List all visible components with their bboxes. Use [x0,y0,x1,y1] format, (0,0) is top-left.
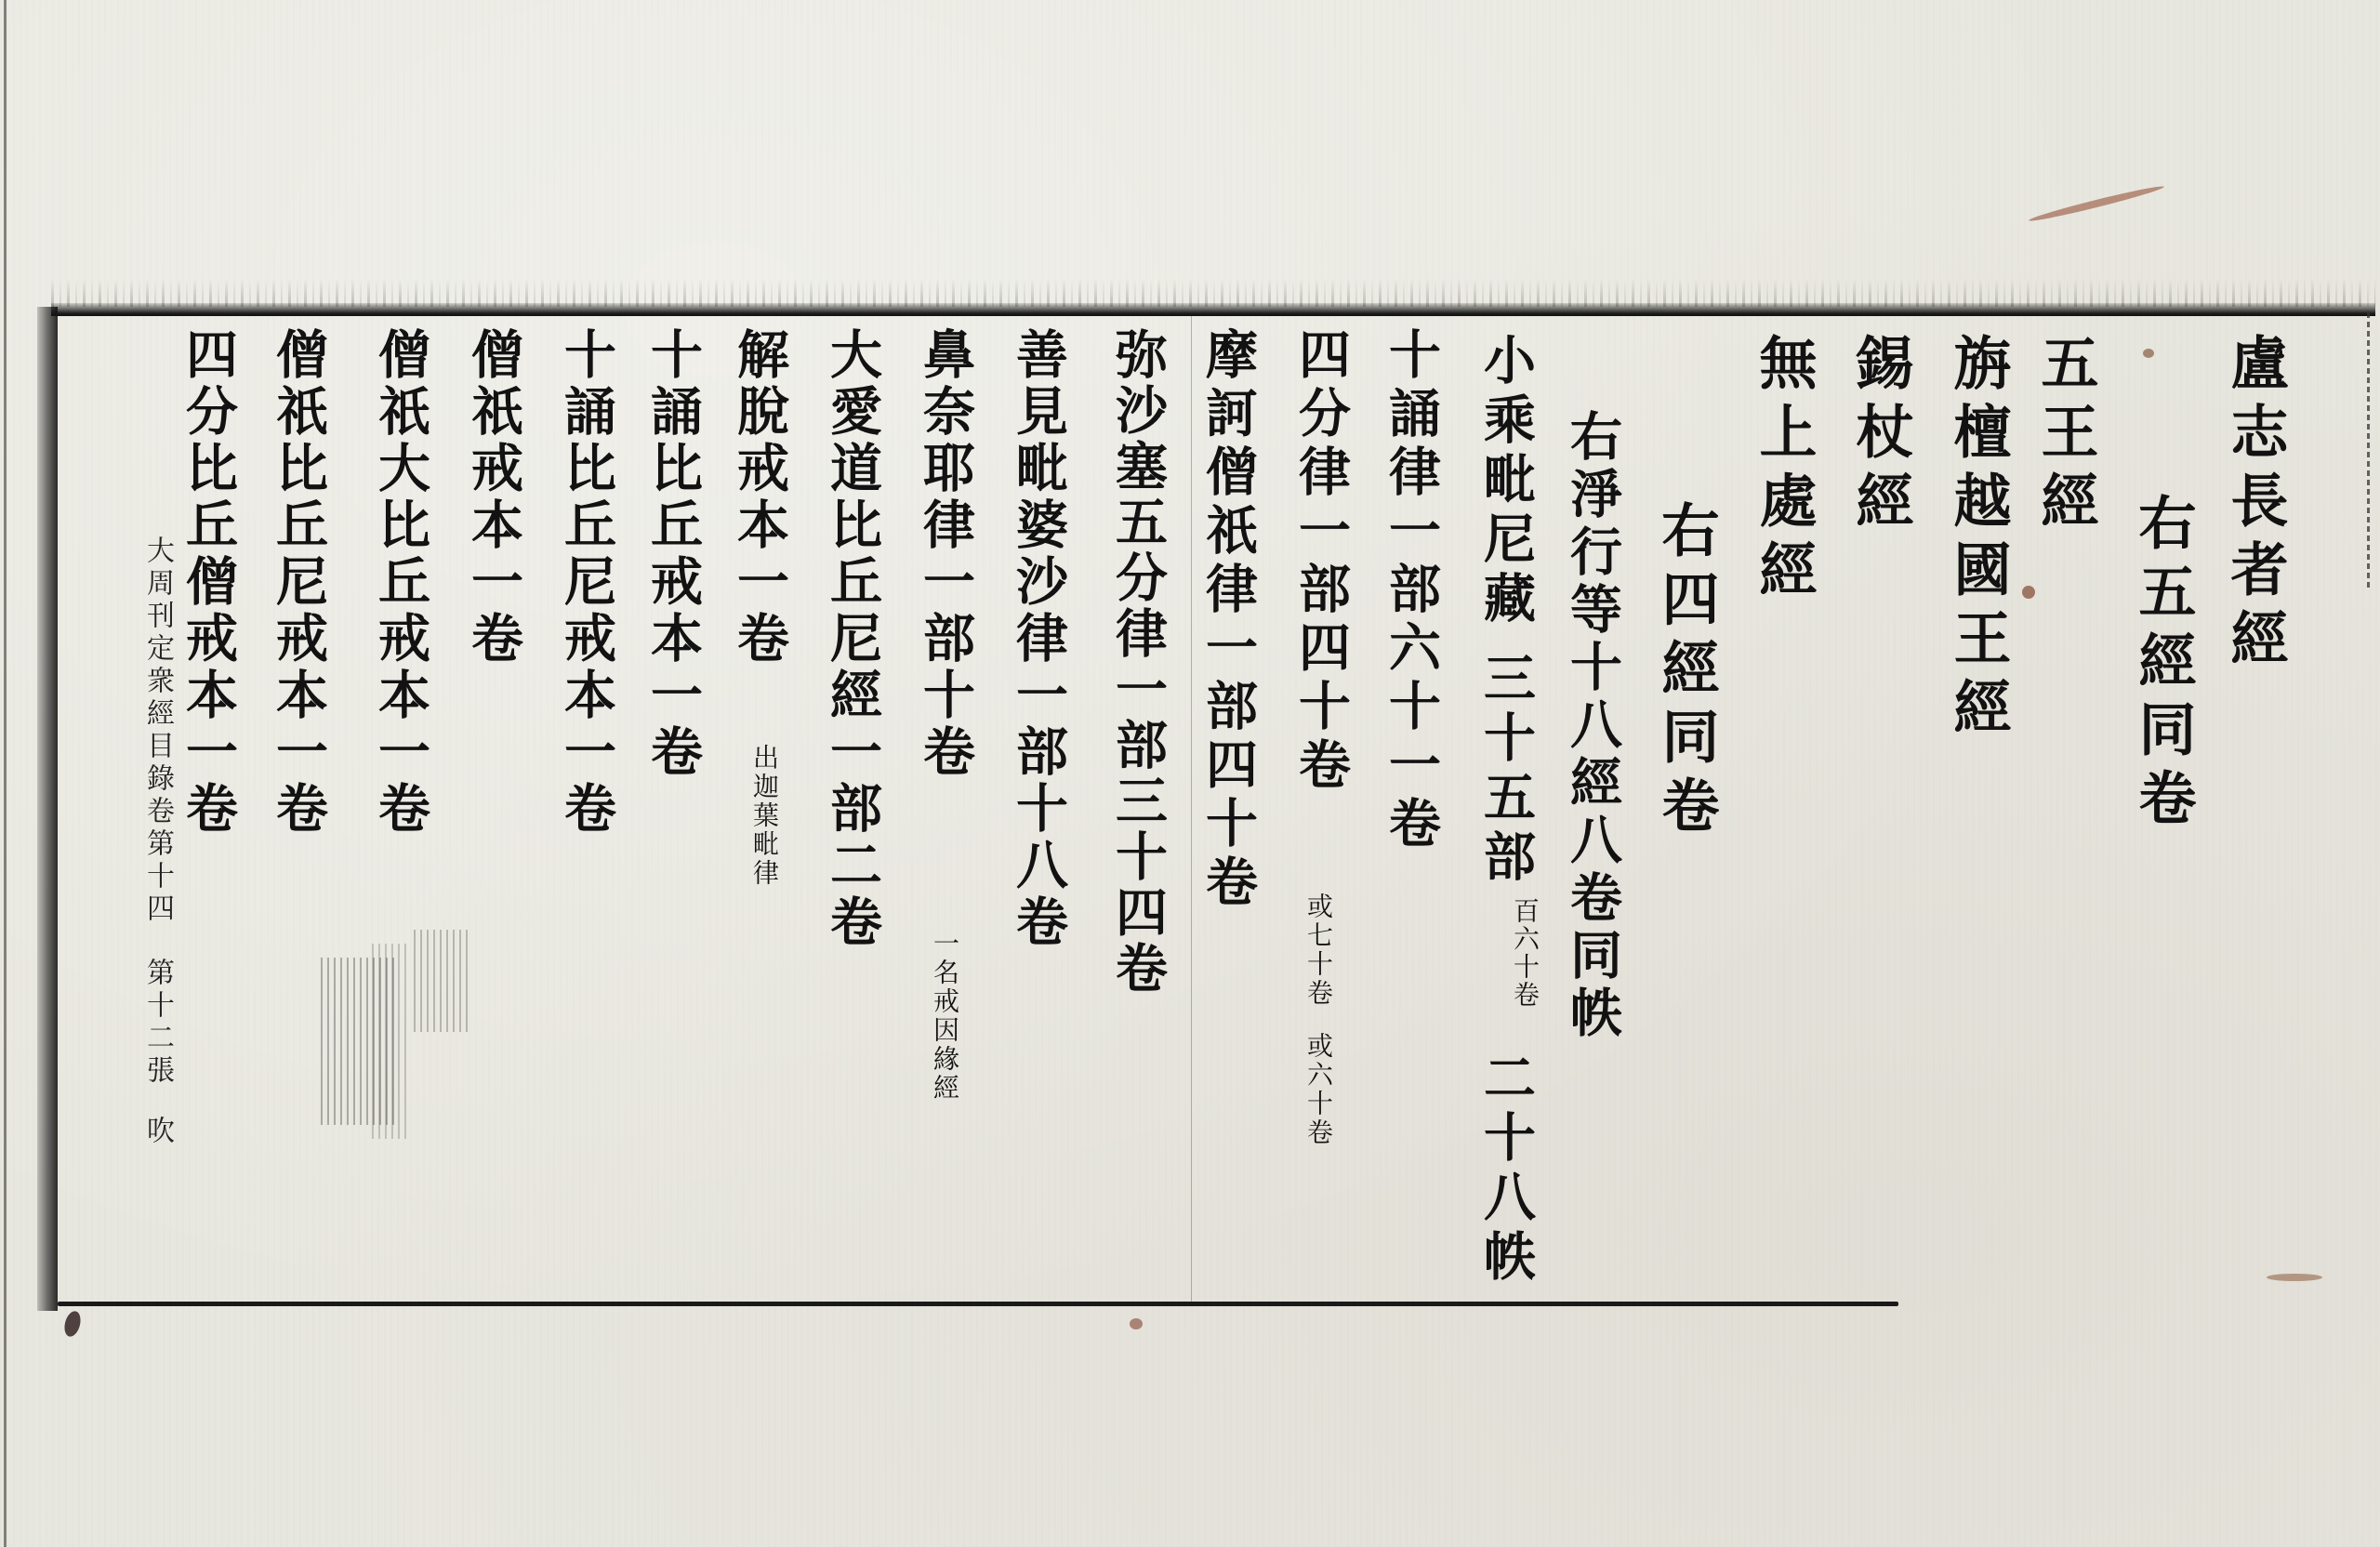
annotation-note: 或六十卷 [1305,1032,1331,1147]
frame-top-border [51,303,2375,316]
frame-bottom-border [58,1302,1898,1306]
annotation-note: 一名戒因緣經 [932,930,958,1103]
text-column: 右四經同卷 [1657,500,1714,844]
text-column: 四分比丘僧戒本一卷 [182,327,234,838]
text-column: 錫杖經 [1851,333,1909,539]
paper-spot-stain [2022,586,2035,599]
annotation-note: 或七十卷 [1305,892,1331,1008]
text-column: 五王經 [2036,333,2094,539]
text-column: 四分律一部四十卷 [1295,327,1347,796]
text-column: 大愛道比丘尼經一部二卷 [826,327,879,951]
ink-smudge [414,930,469,1032]
text-column: 十誦比丘尼戒本一卷 [561,327,613,838]
margin-sheet-number: 第十二張 [143,958,171,1088]
text-column: 僧祇比丘尼戒本一卷 [272,327,324,838]
text-column: 善見毗婆沙律一部十八卷 [1012,327,1064,951]
text-column: 十誦律一部六十一卷 [1385,327,1437,854]
text-column: 右淨行等十八經八卷同帙 [1567,409,1619,1043]
margin-title: 大周刊定衆經目錄卷第十四 [143,535,171,926]
paper-background [0,0,2380,1547]
paper-spot-stain [1130,1318,1143,1329]
center-fold-line [1191,316,1192,1302]
text-column: 旃檀越國王經 [1949,333,2006,746]
text-column: 弥沙塞五分律一部三十四卷 [1112,327,1164,997]
text-column: 十誦比丘戒本一卷 [647,327,699,781]
text-column: 盧志長者經 [2226,333,2283,677]
paper-fiber-stain [2267,1274,2322,1281]
annotation-note: 出迦葉毗律 [751,744,777,888]
text-column: 僧祇大比丘戒本一卷 [375,327,427,838]
text-column: 右五經同卷 [2134,493,2191,837]
text-column: 二十八帙 [1480,1051,1532,1289]
text-column: 小乘毗尼藏 [1480,333,1532,630]
text-column: 鼻奈耶律一部十卷 [919,327,972,781]
text-column: 摩訶僧祇律一部四十卷 [1202,327,1254,913]
text-column: 三十五部 [1480,651,1532,889]
paper-spot-stain [2143,349,2154,358]
page-edge-line [4,0,7,1547]
annotation-note: 百六十卷 [1512,897,1538,1009]
text-column: 無上處經 [1754,333,1812,608]
text-column: 僧祇戒本一卷 [468,327,520,668]
margin-mark: 吹 [143,1116,171,1148]
frame-right-border [2367,312,2370,591]
text-column: 解脫戒本一卷 [734,327,786,668]
ink-smudge [372,944,409,1139]
frame-left-border [37,307,58,1311]
